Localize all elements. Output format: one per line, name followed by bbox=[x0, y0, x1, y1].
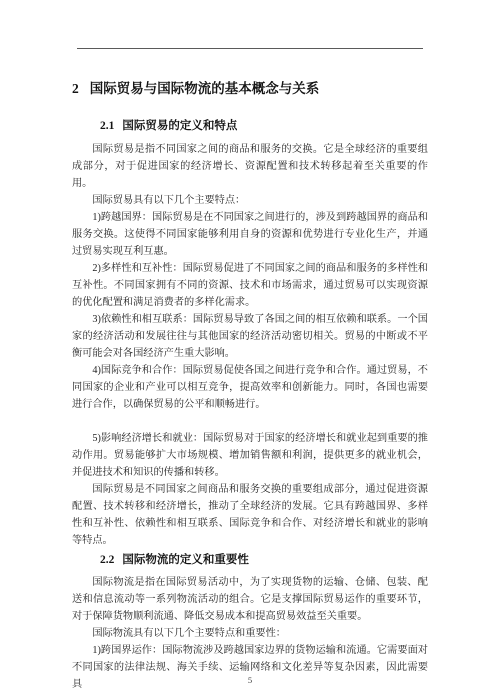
body-paragraph: 1)跨越国界：国际贸易是在不同国家之间进行的，涉及到跨越国界的商品和服务交换。这… bbox=[72, 209, 428, 260]
body-paragraph: 1)跨国界运作：国际物流涉及跨越国家边界的货物运输和流通。它需要面对不同国家的法… bbox=[72, 642, 428, 693]
page-number-footer: 5 bbox=[0, 675, 500, 685]
body-paragraph: 国际贸易是不同国家之间商品和服务交换的重要组成部分，通过促进资源配置、技术转移和… bbox=[72, 481, 428, 549]
section-number: 2.1 bbox=[100, 118, 114, 135]
section-heading-2-1: 2.1国际贸易的定义和特点 bbox=[100, 118, 428, 135]
chapter-number: 2 bbox=[72, 79, 79, 98]
section-number: 2.2 bbox=[100, 552, 114, 569]
body-paragraph: 4)国际竞争和合作：国际贸易促使各国之间进行竞争和合作。通过贸易，不同国家的企业… bbox=[72, 362, 428, 413]
section-title: 国际物流的定义和重要性 bbox=[122, 554, 249, 566]
body-paragraph: 2)多样性和互补性：国际贸易促进了不同国家之间的商品和服务的多样性和互补性。不同… bbox=[72, 260, 428, 311]
body-paragraph: 国际贸易是指不同国家之间的商品和服务的交换。它是全球经济的重要组成部分，对于促进… bbox=[72, 141, 428, 192]
section-heading-2-2: 2.2国际物流的定义和重要性 bbox=[100, 552, 428, 569]
body-paragraph: 国际物流具有以下几个主要特点和重要性： bbox=[72, 625, 428, 642]
document-page: 2国际贸易与国际物流的基本概念与关系 2.1国际贸易的定义和特点 国际贸易是指不… bbox=[0, 0, 500, 698]
body-paragraph: 5)影响经济增长和就业：国际贸易对于国家的经济增长和就业起到重要的推动作用。贸易… bbox=[72, 430, 428, 481]
body-paragraph: 3)依赖性和相互联系：国际贸易导致了各国之间的相互依赖和联系。一个国家的经济活动… bbox=[72, 311, 428, 362]
section-title: 国际贸易的定义和特点 bbox=[122, 120, 237, 132]
body-paragraph: 国际物流是指在国际贸易活动中，为了实现货物的运输、仓储、包装、配送和信息流动等一… bbox=[72, 574, 428, 625]
body-paragraph: 国际贸易具有以下几个主要特点： bbox=[72, 192, 428, 209]
chapter-heading: 2国际贸易与国际物流的基本概念与关系 bbox=[72, 79, 428, 98]
chapter-title: 国际贸易与国际物流的基本概念与关系 bbox=[90, 81, 320, 96]
page-content: 2国际贸易与国际物流的基本概念与关系 2.1国际贸易的定义和特点 国际贸易是指不… bbox=[0, 48, 500, 693]
header-rule bbox=[77, 48, 423, 49]
